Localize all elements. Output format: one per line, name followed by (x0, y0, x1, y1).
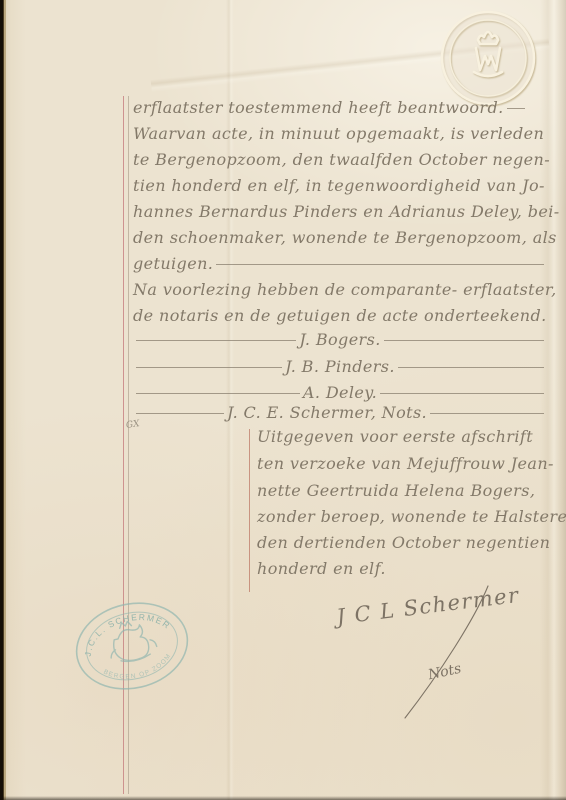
deed-text: de notaris en de getuigen de acte ondert… (133, 306, 547, 326)
deed-text: erflaatster toestemmend heeft beantwoord… (133, 98, 504, 118)
deed-text: tien honderd en elf, in tegenwoordigheid… (133, 176, 545, 196)
rule-filler (136, 393, 300, 394)
signature-deley: A. Deley. (303, 383, 377, 403)
rule-filler (384, 340, 544, 341)
rule-filler (136, 340, 296, 341)
apostille-line: Uitgegeven voor eerste afschrift (257, 427, 553, 447)
deed-line: Waarvan acte, in minuut opgemaakt, is ve… (133, 124, 547, 144)
deed-text: Waarvan acte, in minuut opgemaakt, is ve… (133, 124, 544, 144)
signature-row: J. B. Pinders. (133, 357, 547, 377)
notary-signature-row: J. C. E. Schermer, Nots. (133, 403, 547, 423)
embossed-royal-seal-icon (436, 6, 540, 110)
deed-line: de notaris en de getuigen de acte ondert… (133, 306, 547, 326)
scan-bottom-edge (0, 796, 566, 800)
apostille-line: ten verzoeke van Mejuffrouw Jean- (257, 454, 553, 474)
rule-filler (380, 393, 544, 394)
deed-line: getuigen. (133, 254, 547, 274)
apostille-line: den dertienden October negentien (257, 533, 553, 553)
scanned-notarial-document: erflaatster toestemmend heeft beantwoord… (0, 0, 566, 800)
deed-line: Na voorlezing hebben de comparante- erfl… (133, 280, 547, 300)
deed-text: hannes Bernardus Pinders en Adrianus Del… (133, 202, 560, 222)
rule-filler (216, 264, 544, 265)
scan-left-edge (0, 0, 6, 800)
rule-filler (136, 413, 224, 414)
apostille-text: Uitgegeven voor eerste afschrift (257, 427, 533, 447)
signature-row: A. Deley. (133, 383, 547, 403)
deed-text: getuigen. (133, 254, 213, 274)
apostille-text: zonder beroep, wonende te Halsteren, (257, 507, 566, 527)
deed-text: te Bergenopzoom, den twaalfden October n… (133, 150, 550, 170)
apostille-line: honderd en elf. (257, 559, 553, 579)
apostille-text: nette Geertruida Helena Bogers, (257, 481, 535, 501)
apostille-text: honderd en elf. (257, 559, 386, 579)
deed-line: erflaatster toestemmend heeft beantwoord… (133, 98, 547, 118)
pencil-initials: GX (125, 419, 140, 431)
deed-text: den schoenmaker, wonende te Bergenopzoom… (133, 228, 557, 248)
signature-bogers: J. Bogers. (299, 330, 380, 350)
rule-filler (136, 367, 282, 368)
deed-line: te Bergenopzoom, den twaalfden October n… (133, 150, 547, 170)
deed-text: Na voorlezing hebben de comparante- erfl… (133, 280, 557, 300)
apostille-text: den dertienden October negentien (257, 533, 550, 553)
signature-row: J. Bogers. (133, 330, 547, 350)
apostille-line: zonder beroep, wonende te Halsteren, (257, 507, 553, 527)
deed-line: hannes Bernardus Pinders en Adrianus Del… (133, 202, 547, 222)
deed-line: tien honderd en elf, in tegenwoordigheid… (133, 176, 547, 196)
signature-notary-line: J. C. E. Schermer, Nots. (227, 403, 427, 423)
signature-flourish-stroke (355, 578, 500, 728)
apostille-margin-rule (249, 429, 250, 592)
rule-filler (398, 367, 544, 368)
rule-filler (507, 108, 526, 109)
stamp-name-text: J.C.L. SCHERMER (76, 604, 176, 659)
deed-line: den schoenmaker, wonende te Bergenopzoom… (133, 228, 547, 248)
apostille-line: nette Geertruida Helena Bogers, (257, 481, 553, 501)
apostille-text: ten verzoeke van Mejuffrouw Jean- (257, 454, 554, 474)
rule-filler (430, 413, 544, 414)
signature-pinders: J. B. Pinders. (285, 357, 395, 377)
